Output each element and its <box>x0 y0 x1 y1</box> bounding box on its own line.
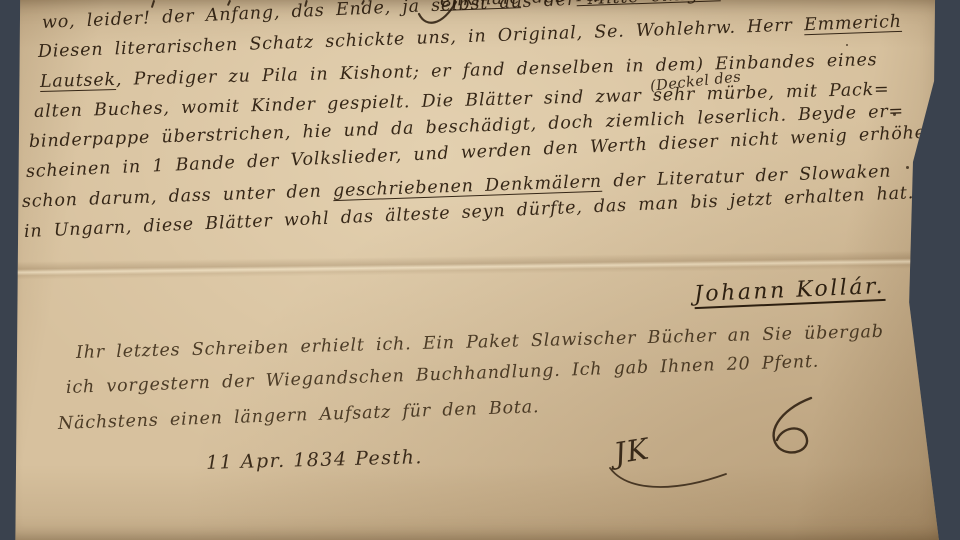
postscript-line: Nächstens einen längern Aufsatz für den … <box>58 397 540 434</box>
line-text <box>914 183 915 203</box>
signature: Johann Kollár. <box>694 274 886 307</box>
line-text <box>944 122 945 142</box>
underlined-text: Emmerich <box>804 12 902 35</box>
dateline: 11 Apr. 1834 Pesth. <box>206 446 423 474</box>
underlined-text: Lautsek <box>40 70 116 92</box>
manuscript-paper: enkmale des Mikulás Zrini” (J. 1566) wo,… <box>0 0 960 540</box>
underlined-text: geschriebenen Denkmälern <box>333 172 603 201</box>
line-text: schon darum, dass unter den <box>22 181 334 212</box>
ink-speck <box>906 166 909 169</box>
cut-line-stroke <box>151 0 156 8</box>
paraph-initials: JK <box>612 431 652 470</box>
underlined-text <box>944 122 945 142</box>
ink-speck <box>893 113 896 116</box>
fold-crease <box>0 250 960 280</box>
ink-flourish <box>757 396 829 458</box>
underlined-text <box>914 183 915 203</box>
ink-speck <box>846 44 848 46</box>
